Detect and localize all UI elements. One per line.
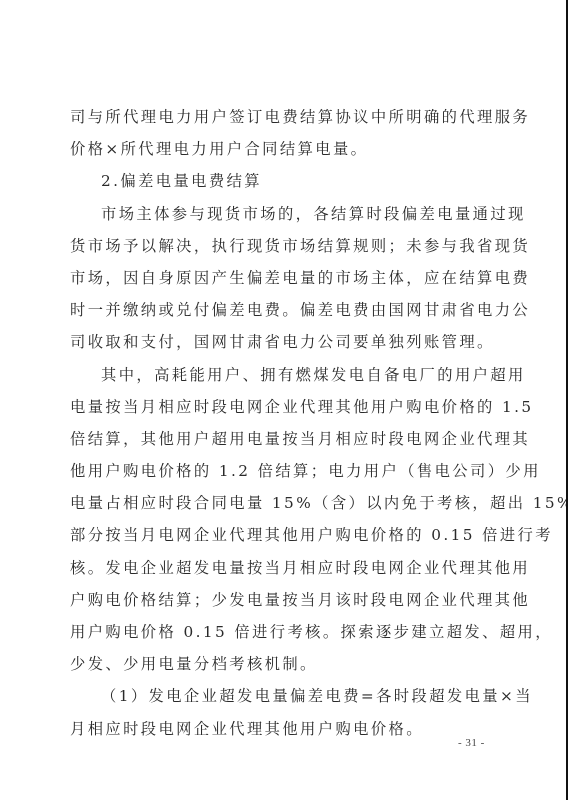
- text-line: 倍结算，其他用户超用电量按当月相应时段电网企业代理其: [70, 423, 448, 455]
- text-line: 市场，因自身原因产生偏差电量的市场主体，应在结算电费: [70, 262, 448, 294]
- text-line: 时一并缴纳或兑付偏差电费。偏差电费由国网甘肃省电力公: [70, 294, 448, 326]
- text-line: 他用户购电价格的 1.2 倍结算；电力用户（售电公司）少用: [70, 455, 448, 487]
- page-number: - 31 -: [458, 737, 485, 749]
- text-line: 其中，高耗能用户、拥有燃煤发电自备电厂的用户超用: [70, 359, 448, 391]
- section-heading: 2.偏差电量电费结算: [70, 165, 448, 197]
- text-line: 价格×所代理电力用户合同结算电量。: [70, 133, 448, 165]
- formula-line: （1）发电企业超发电量偏差电费=各时段超发电量×当: [70, 680, 448, 712]
- document-page: 司与所代理电力用户签订电费结算协议中所明确的代理服务 价格×所代理电力用户合同结…: [0, 0, 566, 800]
- text-line: 货市场予以解决，执行现货市场结算规则；未参与我省现货: [70, 230, 448, 262]
- text-line: 电量按当月相应时段电网企业代理其他用户购电价格的 1.5: [70, 391, 448, 423]
- text-line: 部分按当月电网企业代理其他用户购电价格的 0.15 倍进行考: [70, 519, 448, 551]
- text-line: 司收取和支付，国网甘肃省电力公司要单独列账管理。: [70, 326, 448, 358]
- text-line: 用户购电价格 0.15 倍进行考核。探索逐步建立超发、超用，: [70, 616, 448, 648]
- text-line: 核。发电企业超发电量按当月相应时段电网企业代理其他用: [70, 552, 448, 584]
- text-line: 少发、少用电量分档考核机制。: [70, 648, 448, 680]
- text-line: 户购电价格结算；少发电量按当月该时段电网企业代理其他: [70, 584, 448, 616]
- document-body: 司与所代理电力用户签订电费结算协议中所明确的代理服务 价格×所代理电力用户合同结…: [70, 101, 448, 745]
- text-line: 市场主体参与现货市场的，各结算时段偏差电量通过现: [70, 198, 448, 230]
- text-line: 月相应时段电网企业代理其他用户购电价格。: [70, 713, 448, 745]
- text-line: 电量占相应时段合同电量 15%（含）以内免于考核，超出 15%: [70, 487, 448, 519]
- text-line: 司与所代理电力用户签订电费结算协议中所明确的代理服务: [70, 101, 448, 133]
